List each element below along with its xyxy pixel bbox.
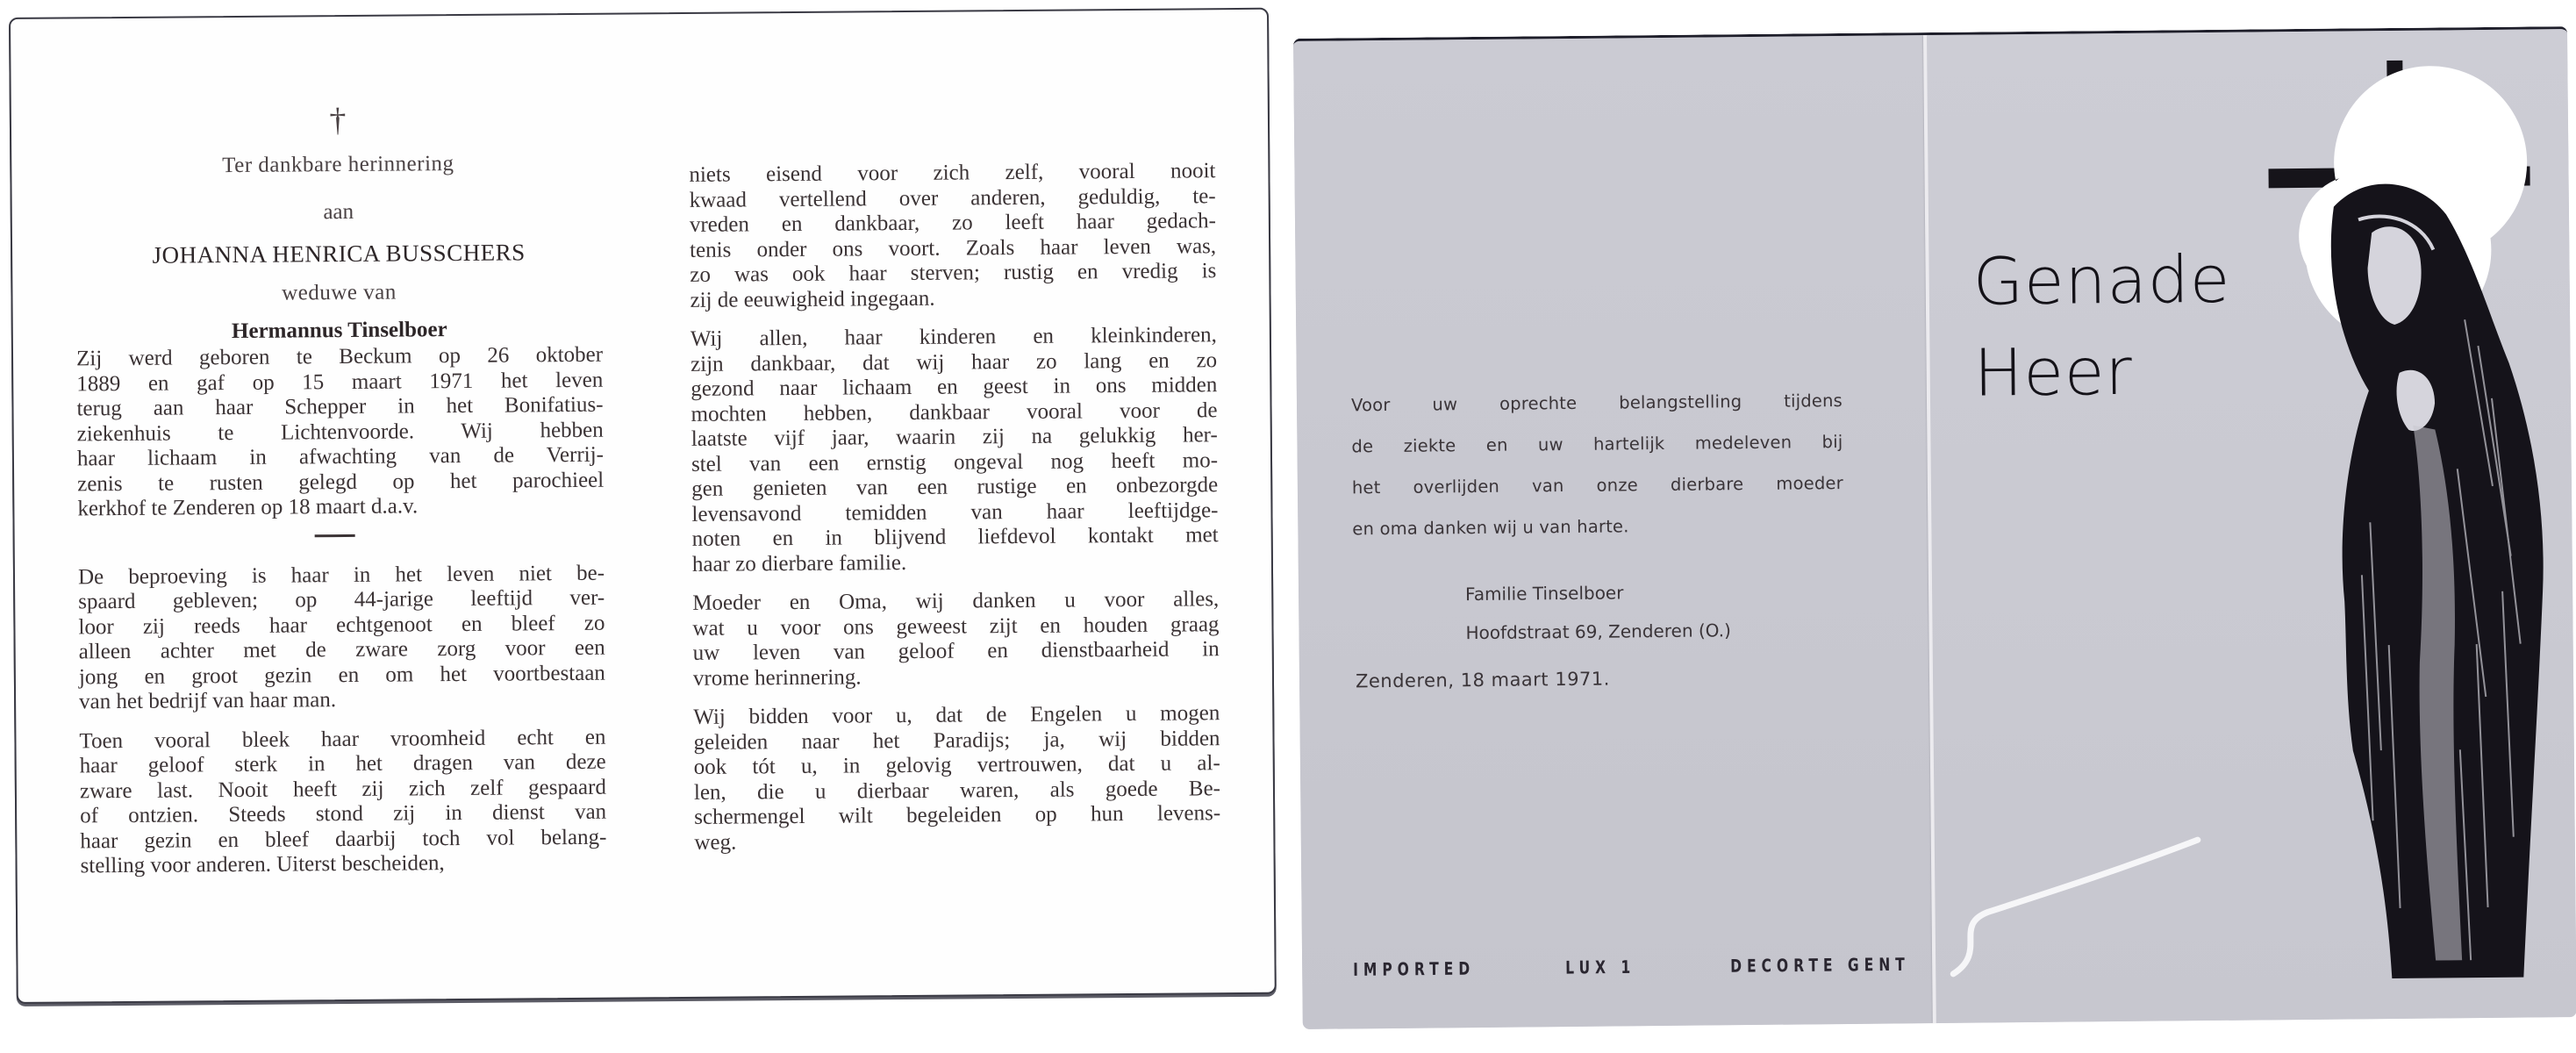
text-line: jong en groot gezin en om het voortbesta…	[79, 661, 605, 690]
text-column-1: † Ter dankbare herinnering aan JOHANNA H…	[74, 15, 607, 893]
to-text: aan	[75, 196, 602, 230]
text-line: vreden en dankbaar, zo leeft haar gedach…	[690, 209, 1216, 238]
text-line: niets eisend voor zich zelf, vooral nooi…	[689, 159, 1215, 188]
text-line: stelling voor anderen. Uiterst bescheide…	[80, 850, 606, 879]
text-line: terug aan haar Schepper in het Bonifatiu…	[76, 393, 603, 422]
text-line: haar lichaam in afwachting van de Verrij…	[77, 443, 604, 472]
text-line: of ontzien. Steeds stond zij in dienst v…	[80, 800, 606, 829]
cover-panel: Genade Heer	[1927, 29, 2576, 1023]
text-line: gen genieten van een rustige en onbezorg…	[691, 473, 1218, 502]
faith-paragraph: Toen vooral bleek haar vroomheid echt en…	[79, 725, 606, 879]
character-paragraph: niets eisend voor zich zelf, vooral nooi…	[689, 159, 1216, 313]
text-line: zij de eeuwigheid ingegaan.	[690, 284, 1216, 313]
family-address: Hoofdstraat 69, Zenderen (O.)	[1465, 611, 1731, 652]
text-line: kerkhof te Zenderen op 18 maart d.a.v.	[77, 493, 604, 522]
imprint-printer: DECORTE GENT	[1730, 955, 1910, 977]
memorial-card-text-side: † Ter dankbare herinnering aan JOHANNA H…	[9, 8, 1277, 1004]
imprint-series: LUX 1	[1565, 957, 1635, 978]
text-line: uw leven van geloof en dienstbaarheid in	[693, 637, 1220, 666]
place-date: Zenderen, 18 maart 1971.	[1356, 669, 1610, 692]
text-line: vrome herinnering.	[693, 663, 1220, 691]
madonna-illustration-icon	[1927, 29, 2576, 1023]
text-line: Voor uw oprechte belangstelling tijdens	[1351, 380, 1843, 426]
text-line: het overlijden van onze dierbare moeder	[1352, 462, 1843, 508]
text-line: alleen achter met de zware zorg voor een	[79, 636, 605, 665]
text-line: zenis te rusten gelegd op het parochieel	[77, 468, 604, 497]
widow-of-label: weduwe van	[75, 276, 602, 311]
thanks-mother-paragraph: Moeder en Oma, wij danken u voor alles,w…	[692, 587, 1220, 691]
text-line: gezond naar lichaam en geest in ons midd…	[691, 373, 1217, 402]
text-line: spaard gebleven; op 44-jarige leeftijd v…	[78, 586, 605, 615]
text-line: noten en in blijvend liefdevol kontakt m…	[692, 523, 1219, 552]
inside-panel: Voor uw oprechte belangstelling tijdensd…	[1293, 35, 1935, 1029]
deceased-name: JOHANNA HENRICA BUSSCHERS	[75, 236, 602, 272]
text-line: Wij allen, haar kinderen en kleinkindere…	[691, 323, 1217, 352]
thank-you-card: Voor uw oprechte belangstelling tijdensd…	[1293, 26, 2576, 1029]
text-line: laatste vijf jaar, waarin zij na gelukki…	[691, 423, 1218, 452]
prayer-paragraph: Wij bidden voor u, dat de Engelen u moge…	[693, 701, 1220, 856]
thank-you-message: Voor uw oprechte belangstelling tijdensd…	[1351, 380, 1844, 549]
biography-paragraph: Zij werd geboren te Beckum op 26 oktober…	[76, 343, 605, 522]
text-line: Wij bidden voor u, dat de Engelen u moge…	[693, 701, 1220, 730]
text-line: en oma danken wij u van harte.	[1352, 504, 1843, 549]
card-header: † Ter dankbare herinnering aan JOHANNA H…	[75, 101, 603, 347]
intro-text: Ter dankbare herinnering	[75, 148, 601, 183]
text-line: van het bedrijf van haar man.	[79, 686, 605, 715]
family-signature: Familie Tinselboer Hoofdstraat 69, Zende…	[1465, 572, 1731, 652]
text-line: haar gezin en bleef daarbij toch vol bel…	[80, 825, 606, 854]
text-column-2: niets eisend voor zich zelf, vooral nooi…	[689, 159, 1220, 870]
family-name: Familie Tinselboer	[1465, 572, 1731, 613]
gratitude-paragraph: Wij allen, haar kinderen en kleinkindere…	[691, 323, 1219, 577]
text-line: haar zo dierbare familie.	[692, 548, 1219, 577]
text-line: haar geloof sterk in het dragen van deze	[80, 750, 606, 779]
text-line: Zij werd geboren te Beckum op 26 oktober	[76, 343, 603, 372]
text-line: ook tót u, in gelovig vertrouwen, dat u …	[694, 751, 1220, 780]
husband-name: Hermannus Tinselboer	[76, 315, 603, 347]
imprint-imported: IMPORTED	[1353, 958, 1475, 980]
text-line: Moeder en Oma, wij danken u voor alles,	[692, 587, 1219, 616]
text-line: de ziekte en uw hartelijk medeleven bij	[1351, 421, 1843, 467]
latin-cross-icon: †	[75, 101, 601, 140]
text-line: schermengel wilt begeleiden op hun leven…	[694, 801, 1220, 830]
text-line: zo was ook haar sterven; rustig en vredi…	[690, 259, 1216, 288]
text-line: weg.	[694, 827, 1220, 856]
trials-paragraph: De beproeving is haar in het leven niet …	[78, 561, 605, 715]
section-divider	[315, 534, 355, 536]
